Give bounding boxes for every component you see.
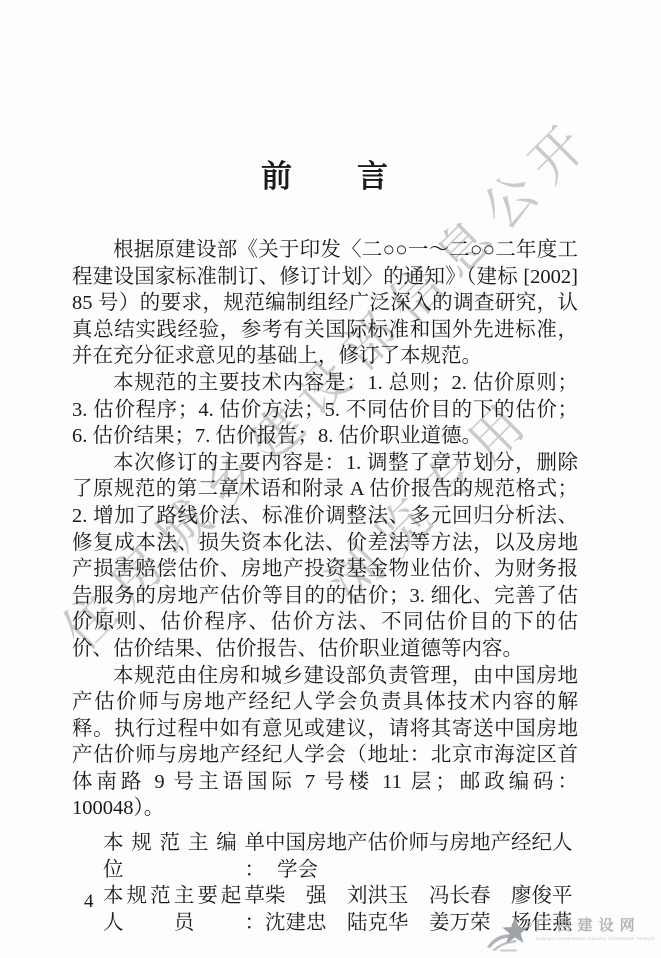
site-logo-text: 广西建设网 Guangxi construction industry info… <box>536 914 655 941</box>
credit-label-editor-unit: 本规范主编单位： <box>103 830 265 883</box>
paragraph-basis: 根据原建设部《关于印发〈二○○一～二○○二年度工程建设国家标准制订、修订计划〉的… <box>72 237 578 370</box>
page-number: 4 <box>84 891 94 913</box>
paragraph-administration: 本规范由住房和城乡建设部负责管理，由中国房地产估价师与房地产经纪人学会负责具体技… <box>72 663 578 823</box>
document-page: 住房城乡建设部信息公开 浏览专用 前 言 根据原建设部《关于印发〈二○○一～二○… <box>0 0 661 958</box>
site-logo-watermark: 广西建设网 Guangxi construction industry info… <box>486 914 655 954</box>
site-logo-tagline: Guangxi construction industry informatio… <box>536 936 655 941</box>
credit-label-drafters: 本规范主要起草人员： <box>103 883 265 936</box>
credit-value-editor-unit: 中国房地产估价师与房地产经纪人 学会 <box>265 830 578 883</box>
paragraph-revision-contents: 本次修订的主要内容是：1. 调整了章节划分，删除了原规范的第二章术语和附录 A … <box>72 450 578 663</box>
credit-value-line: 学会 <box>265 857 578 884</box>
credit-value-line: 柴 强 刘洪玉 冯长春 廖俊平 <box>265 883 578 910</box>
paragraph-technical-contents: 本规范的主要技术内容是：1. 总则；2. 估价原则；3. 估价程序；4. 估价方… <box>72 370 578 450</box>
site-logo-name: 广西建设网 <box>536 914 655 935</box>
content-area: 前 言 根据原建设部《关于印发〈二○○一～二○○二年度工程建设国家标准制订、修订… <box>72 160 578 936</box>
credit-value-line: 中国房地产估价师与房地产经纪人 <box>265 830 578 857</box>
shooting-star-logo-icon <box>486 916 532 954</box>
page-title: 前 言 <box>72 160 578 193</box>
credit-row-editor-unit: 本规范主编单位： 中国房地产估价师与房地产经纪人 学会 <box>103 830 578 883</box>
